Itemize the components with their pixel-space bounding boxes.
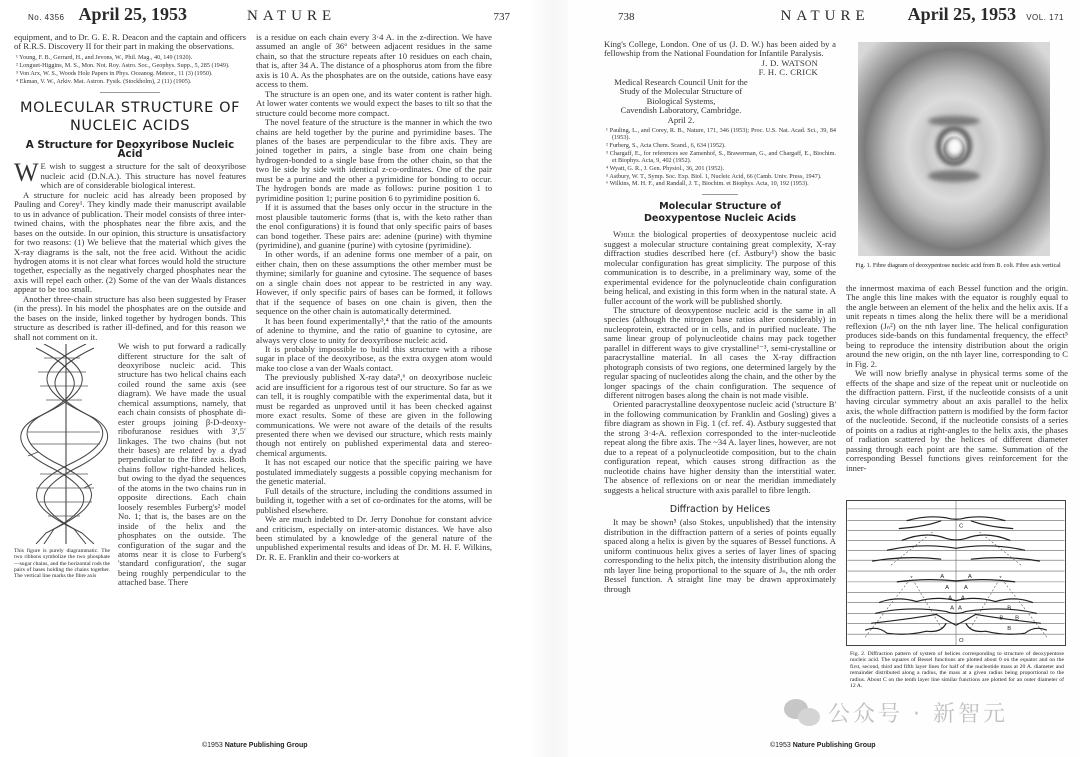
paragraph: WE wish to suggest a structure for the s… — [14, 162, 246, 190]
paragraph: Oriented paracrystalline deoxypentose nu… — [604, 400, 836, 495]
svg-text:A: A — [945, 585, 949, 591]
column-right-2: the innermost maxima of each Bessel func… — [846, 284, 1068, 473]
svg-text:A: A — [950, 605, 954, 611]
svg-text:A: A — [958, 605, 962, 611]
paragraph: It has been found experimentally³,⁴ that… — [256, 317, 492, 345]
svg-text:A: A — [964, 585, 968, 591]
figure-1-caption: Fig. 1. Fibre diagram of deoxypentose nu… — [846, 262, 1070, 269]
drop-cap: W — [14, 163, 39, 183]
svg-text:O: O — [959, 638, 964, 644]
article-subtitle: A Structure for Deoxyribose Nucleic Acid — [14, 141, 246, 160]
running-head-left: No. 4356 April 25, 1953 NATURE 737 — [28, 4, 508, 28]
bessel-function-diagram-icon: C A A A A A A A A B B B B O — [847, 501, 1065, 645]
svg-text:A: A — [948, 596, 952, 602]
xray-diffraction-photo — [858, 42, 1050, 256]
page-number: 737 — [494, 11, 511, 23]
paragraph: Full details of the structure, including… — [256, 487, 492, 515]
reference-item: ¹ Young, F. B., Gerrard, H., and Jevons,… — [14, 55, 246, 62]
paragraph: If it is assumed that the bases only occ… — [256, 203, 492, 250]
page-737: No. 4356 April 25, 1953 NATURE 737 equip… — [0, 0, 530, 757]
figure-note: This figure is purely diagrammatic. The … — [14, 548, 110, 579]
carryover-text: King's College, London. One of us (J. D.… — [604, 40, 836, 59]
reference-item: ² Longuet-Higgins, M. S., Mon. Not. Roy.… — [14, 63, 246, 70]
reference-item: ² Furberg, S., Acta Chem. Scand., 6, 634… — [604, 143, 836, 150]
paragraph: is a residue on each chain every 3·4 A. … — [256, 33, 492, 90]
paragraph: In other words, if an adenine forms one … — [256, 250, 492, 316]
paragraph: The previously published X-ray data⁵,⁶ o… — [256, 373, 492, 458]
issue-number: No. 4356 — [28, 13, 64, 22]
paragraph: the innermost maxima of each Bessel func… — [846, 284, 1068, 369]
paragraph: The novel feature of the structure is th… — [256, 118, 492, 203]
watermark-text: 公众号 · 新智元 — [828, 697, 1008, 728]
diffraction-pattern-figure: C A A A A A A A A B B B B O — [846, 500, 1066, 646]
wechat-icon — [784, 699, 822, 727]
journal-name: NATURE — [781, 8, 870, 25]
volume-number: Vol. 171 — [1026, 13, 1064, 22]
reference-item: ³ Von Arx, W. S., Woods Hole Papers in P… — [14, 71, 246, 78]
divider — [702, 194, 738, 195]
page-gutter — [530, 0, 568, 757]
column-right-1: King's College, London. One of us (J. D.… — [604, 40, 836, 594]
svg-text:A: A — [961, 596, 965, 602]
copyright-right: ©1953 Nature Publishing Group — [770, 742, 876, 749]
paragraph: It is probably impossible to build this … — [256, 345, 492, 373]
column-left-2: is a residue on each chain every 3·4 A. … — [256, 33, 492, 562]
section-heading: Diffraction by Helices — [604, 505, 836, 514]
svg-text:B: B — [999, 615, 1003, 621]
reference-item: ³ Chargaff, E., for references see Zamen… — [604, 151, 836, 165]
paragraph: We are much indebted to Dr. Jerry Donohu… — [256, 515, 492, 562]
divider — [100, 92, 160, 93]
paragraph: A structure for nucleic acid has already… — [14, 191, 246, 295]
reference-item: ⁴ Wyatt, G. R., J. Gen. Physiol., 36, 20… — [604, 166, 836, 173]
svg-text:B: B — [1007, 626, 1011, 632]
paragraph: It may be shown⁵ (also Stokes, unpublish… — [604, 518, 836, 594]
paragraph: The structure is an open one, and its wa… — [256, 90, 492, 118]
figure-2-caption: Fig. 2. Diffraction pattern of system of… — [850, 651, 1064, 689]
reference-item: ⁴ Ekman, V. W., Arkiv. Mat. Astron. Fysi… — [14, 79, 246, 86]
paragraph: We will now briefly analyse in physical … — [846, 369, 1068, 473]
double-helix-figure: This figure is purely diagrammatic. The … — [14, 344, 110, 596]
svg-text:A: A — [968, 574, 972, 580]
reference-list: ¹ Pauling, L., and Corey, R. B., Nature,… — [604, 128, 836, 188]
author-address: Medical Research Council Unit for the St… — [606, 78, 756, 125]
issue-date: April 25, 1953 — [908, 4, 1017, 25]
carryover-text: equipment, and to Dr. G. E. R. Deacon an… — [14, 33, 246, 52]
svg-text:B: B — [1015, 615, 1019, 621]
copyright-left: ©1953 Nature Publishing Group — [202, 742, 308, 749]
svg-text:A: A — [940, 574, 944, 580]
issue-date: April 25, 1953 — [78, 4, 187, 25]
svg-text:C: C — [959, 524, 964, 530]
paragraph: The structure of deoxypentose nucleic ac… — [604, 306, 836, 401]
watermark: 公众号 · 新智元 — [784, 697, 1008, 728]
reference-item: ¹ Pauling, L., and Corey, R. B., Nature,… — [604, 128, 836, 142]
journal-name: NATURE — [247, 8, 336, 25]
svg-text:B: B — [1007, 605, 1011, 611]
reference-item: ⁶ Wilkins, M. H. F., and Randall, J. T.,… — [604, 181, 836, 188]
reference-item: ⁵ Astbury, W. T., Symp. Soc. Exp. Biol. … — [604, 174, 836, 181]
running-head-right: 738 NATURE April 25, 1953 Vol. 171 — [618, 4, 1064, 28]
article-title: MOLECULAR STRUCTURE OF NUCLEIC ACIDS — [14, 99, 246, 135]
article-title: Molecular Structure of Deoxypentose Nucl… — [604, 201, 836, 225]
double-helix-icon — [14, 344, 110, 544]
column-left-1: equipment, and to Dr. G. E. R. Deacon an… — [14, 33, 246, 598]
paragraph: It has not escaped our notice that the s… — [256, 458, 492, 486]
paragraph: While the biological properties of deoxy… — [604, 230, 836, 306]
reference-list: ¹ Young, F. B., Gerrard, H., and Jevons,… — [14, 55, 246, 86]
paragraph: Another three-chain structure has also b… — [14, 295, 246, 342]
page-number: 738 — [618, 11, 635, 23]
